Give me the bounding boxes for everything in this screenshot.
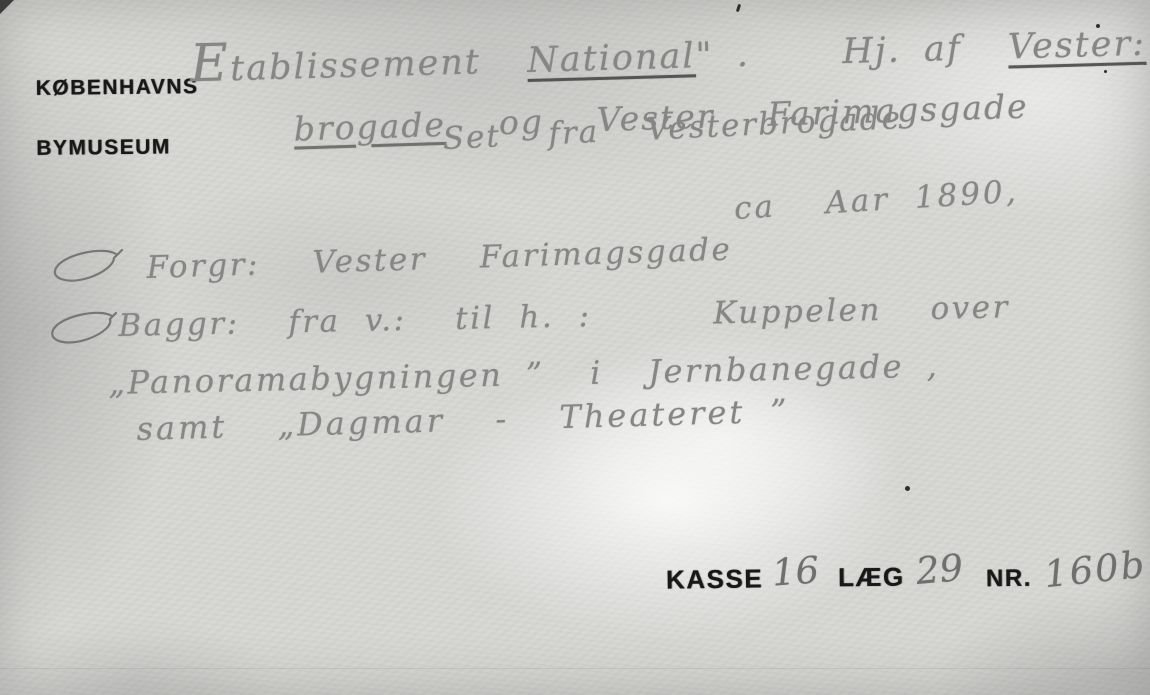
nr-stamp-label: NR. — [986, 565, 1032, 593]
paper-crease — [0, 668, 1150, 669]
kasse-value: 16 — [771, 548, 821, 594]
photo-verso-card: KØBENHAVNS BYMUSEUM Etablissement Nation… — [0, 0, 1150, 695]
background-line-2: „Panoramabygningen ” i Jernbanegade , — [108, 347, 940, 402]
background-line-3: samt „Dagmar - Theateret ” — [136, 392, 790, 448]
title-line2-underlined: brogade — [293, 105, 446, 149]
title-end-underlined: Vester: — [1007, 24, 1146, 68]
margin-oval-mark — [48, 246, 126, 290]
nr-value: 160b — [1042, 543, 1148, 596]
museum-stamp-line2: BYMUSEUM — [36, 137, 199, 159]
background-intro-line: Baggr: fra v.: til h. : Kuppelen over — [118, 289, 1010, 344]
dark-corner-artifact — [0, 0, 14, 14]
margin-oval-mark — [46, 306, 124, 352]
kasse-stamp-label: KASSE — [666, 563, 764, 595]
laeg-stamp-label: LÆG — [838, 562, 905, 594]
laeg-value: 29 — [914, 546, 965, 593]
paper-speck — [905, 486, 910, 491]
foreground-line: Forgr: Vester Farimagsgade — [146, 232, 733, 286]
date-note: ca Aar 1890, — [733, 174, 1020, 227]
